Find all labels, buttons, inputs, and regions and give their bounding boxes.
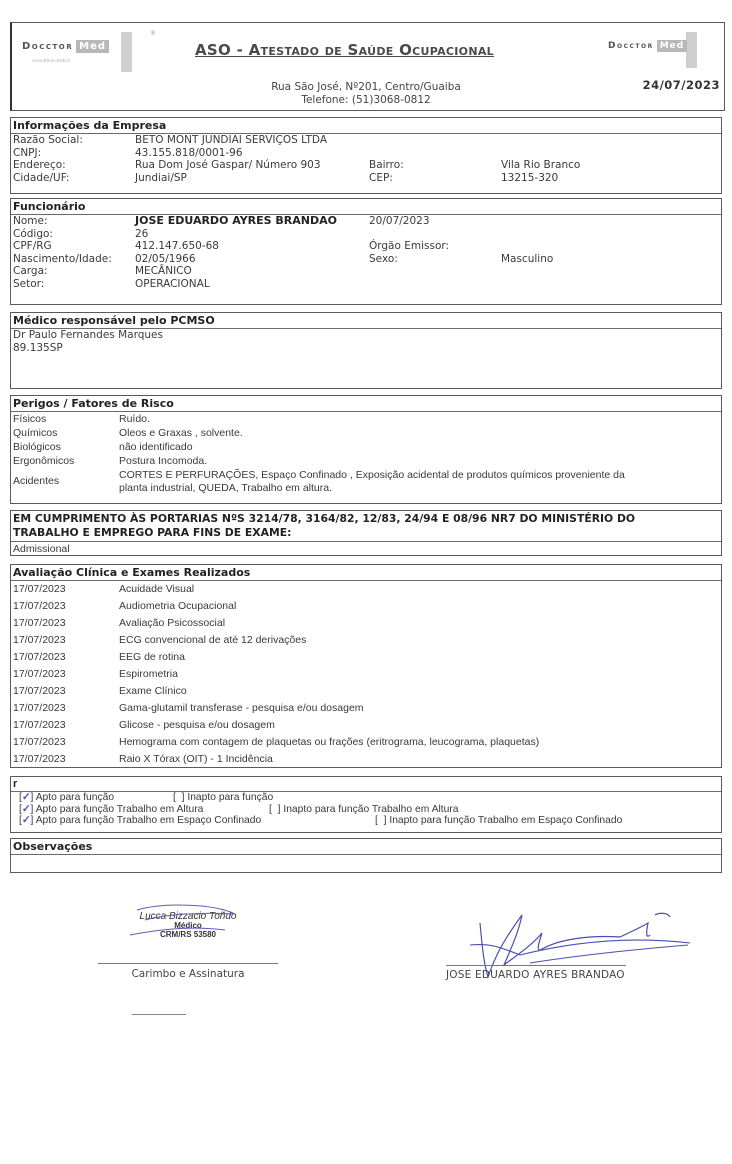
exam-date: 17/07/2023 — [13, 615, 66, 632]
section-heading: Observações — [11, 839, 721, 855]
field-label: Razão Social: — [13, 134, 83, 147]
risk-row: Acidentes CORTES E PERFURAÇÕES, Espaço C… — [11, 468, 721, 496]
logo-word-docctor: Docctor — [608, 41, 654, 51]
exam-row: 17/07/2023Acuidade Visual — [11, 581, 721, 598]
apto-label: Apto para função — [36, 792, 114, 803]
logo-word-med: Med — [657, 40, 688, 52]
exam-name: Espirometria — [119, 666, 178, 683]
employee-name-row: Nome: JOSE EDUARDO AYRES BRANDAO 20/07/2… — [11, 215, 721, 228]
exam-name: Audiometria Ocupacional — [119, 598, 236, 615]
logo-subtitle: consultório médico — [32, 58, 70, 63]
exam-row: 17/07/2023Glicose - pesquisa e/ou dosage… — [11, 717, 721, 734]
verdict-row: [✓] Apto para função Trabalho em Altura[… — [11, 804, 721, 816]
sector-row: Setor: OPERACIONAL — [11, 278, 721, 291]
observations-section: Observações — [10, 838, 722, 873]
risk-value: Postura Incomoda. — [119, 454, 207, 468]
logo-cross-icon — [686, 32, 697, 68]
field-label: CNPJ: — [13, 147, 41, 160]
risk-label: Químicos — [13, 426, 57, 440]
logo-word-med: Med — [76, 40, 109, 53]
risk-label: Ergonômicos — [13, 454, 74, 468]
registered-icon: ® — [150, 30, 156, 37]
field-label: Órgão Emissor: — [369, 240, 449, 253]
birth-row: Nascimento/Idade: 02/05/1966 Sexo: Mascu… — [11, 253, 721, 266]
apto-label: Apto para função Trabalho em Espaço Conf… — [36, 815, 262, 826]
exam-name: Acuidade Visual — [119, 581, 194, 598]
exam-name: Gama-glutamil transferase - pesquisa e/o… — [119, 700, 364, 717]
short-line — [132, 1014, 186, 1015]
exam-date: 17/07/2023 — [13, 751, 66, 768]
exam-name: Avaliação Psicossocial — [119, 615, 225, 632]
risk-value: CORTES E PERFURAÇÕES, Espaço Confinado ,… — [119, 469, 625, 482]
field-label: Bairro: — [369, 159, 404, 172]
risk-factors-section: Perigos / Fatores de Risco Físicos Ruído… — [10, 395, 722, 504]
checkmark-icon: ✓ — [22, 792, 31, 803]
heading-line: EM CUMPRIMENTO ÀS PORTARIAS NºS 3214/78,… — [13, 512, 721, 526]
checkmark-icon: ✓ — [22, 804, 31, 815]
document-date: 24/07/2023 — [643, 78, 720, 92]
city-row: Cidade/UF: Jundiai/SP CEP: 13215-320 — [11, 172, 721, 185]
field-label: Carga: — [13, 265, 48, 278]
exam-list: 17/07/2023Acuidade Visual17/07/2023Audio… — [11, 581, 721, 768]
exam-row: 17/07/2023Exame Clínico — [11, 683, 721, 700]
checkmark-icon: ✓ — [22, 815, 31, 826]
observations-text — [11, 855, 721, 868]
risk-label: Físicos — [13, 412, 46, 426]
exam-name: Exame Clínico — [119, 683, 187, 700]
exam-purpose-section: EM CUMPRIMENTO ÀS PORTARIAS NºS 3214/78,… — [10, 510, 722, 556]
employee-code-row: Código: 26 — [11, 228, 721, 241]
heading-line: TRABALHO E EMPREGO PARA FINS DE EXAME: — [13, 526, 721, 540]
exam-date: 17/07/2023 — [13, 649, 66, 666]
risk-row: Químicos Oleos e Graxas , solvente. — [11, 426, 721, 440]
exam-row: 17/07/2023EEG de rotina — [11, 649, 721, 666]
company-info-section: Informações da Empresa Razão Social: BET… — [10, 117, 722, 194]
exam-row: 17/07/2023Gama-glutamil transferase - pe… — [11, 700, 721, 717]
exam-date: 17/07/2023 — [13, 700, 66, 717]
exam-row: 17/07/2023Espirometria — [11, 666, 721, 683]
employee-signature-line — [446, 965, 626, 966]
field-label: Nome: — [13, 215, 48, 228]
exam-name: Hemograma com contagem de plaquetas ou f… — [119, 734, 539, 751]
physician-name: Dr Paulo Fernandes Marques — [11, 329, 721, 342]
risk-value: Ruído. — [119, 412, 150, 426]
exams-section: Avaliação Clínica e Exames Realizados 17… — [10, 564, 722, 768]
apto-label: Apto para função Trabalho em Altura — [36, 804, 204, 815]
physician-signature-line — [98, 963, 278, 964]
section-heading: EM CUMPRIMENTO ÀS PORTARIAS NºS 3214/78,… — [11, 511, 721, 542]
verdict-row: [✓] Apto para função Trabalho em Espaço … — [11, 815, 721, 827]
exam-name: EEG de rotina — [119, 649, 185, 666]
clinic-logo-left: Docctor Med consultório médico ® — [22, 40, 109, 53]
role-value: MECÂNICO — [135, 265, 192, 278]
verdict-row: [✓] Apto para função[ ] Inapto para funç… — [11, 792, 721, 804]
section-heading: Funcionário — [11, 199, 721, 215]
apto-checkbox[interactable]: [✓] — [19, 804, 33, 815]
exam-date: 17/07/2023 — [13, 717, 66, 734]
birth-date: 02/05/1966 — [135, 253, 196, 266]
field-label: Nascimento/Idade: — [13, 253, 112, 266]
clinic-phone: Telefone: (51)3068-0812 — [0, 94, 732, 106]
fitness-verdict-section: r [✓] Apto para função[ ] Inapto para fu… — [10, 776, 722, 833]
field-label: Sexo: — [369, 253, 398, 266]
clinic-address: Rua São José, Nº201, Centro/Guaiba — [0, 81, 732, 93]
inapto-checkbox[interactable]: [ ] — [375, 815, 386, 826]
exam-date: 17/07/2023 — [13, 632, 66, 649]
sector-value: OPERACIONAL — [135, 278, 210, 291]
verdict-list: [✓] Apto para função[ ] Inapto para funç… — [11, 792, 721, 827]
employee-name: JOSE EDUARDO AYRES BRANDAO — [135, 215, 337, 228]
inapto-label: Inapto para função Trabalho em Altura — [283, 804, 458, 815]
exam-name: Raio X Tórax (OIT) - 1 Incidência — [119, 751, 273, 768]
inapto-label: Inapto para função Trabalho em Espaço Co… — [389, 815, 622, 826]
risk-value: não identificado — [119, 440, 193, 454]
cpf-row: CPF/RG 412.147.650-68 Órgão Emissor: — [11, 240, 721, 253]
field-label: Endereço: — [13, 159, 66, 172]
inapto-label: Inapto para função — [187, 792, 273, 803]
physician-section: Médico responsável pelo PCMSO Dr Paulo F… — [10, 312, 722, 389]
section-heading: Médico responsável pelo PCMSO — [11, 313, 721, 329]
address-row: Endereço: Rua Dom José Gaspar/ Número 90… — [11, 159, 721, 172]
role-row: Carga: MECÂNICO — [11, 265, 721, 278]
cep-value: 13215-320 — [501, 172, 558, 185]
exam-row: 17/07/2023ECG convencional de até 12 der… — [11, 632, 721, 649]
field-label: CEP: — [369, 172, 393, 185]
risk-value-continued: planta industrial, QUEDA, Trabalho em al… — [119, 482, 332, 495]
exam-date: 17/07/2023 — [13, 683, 66, 700]
exam-type: Admissional — [11, 542, 721, 556]
logo-cross-icon — [121, 32, 132, 72]
section-heading: Perigos / Fatores de Risco — [11, 396, 721, 412]
employee-info-section: Funcionário Nome: JOSE EDUARDO AYRES BRA… — [10, 198, 722, 305]
exam-row: 17/07/2023Hemograma com contagem de plaq… — [11, 734, 721, 751]
section-heading: r — [11, 777, 721, 792]
exam-date: 17/07/2023 — [13, 734, 66, 751]
risk-value: Oleos e Graxas , solvente. — [119, 426, 243, 440]
inapto-checkbox[interactable]: [ ] — [173, 792, 184, 803]
exam-row: 17/07/2023Audiometria Ocupacional — [11, 598, 721, 615]
document-title: ASO - Atestado de Saúde Ocupacional — [195, 41, 494, 59]
logo-word-docctor: Docctor — [22, 41, 73, 52]
company-name: BETO MONT JUNDIAI SERVIÇOS LTDA — [135, 134, 327, 147]
cnpj-value: 43.155.818/0001-96 — [135, 147, 243, 160]
apto-checkbox[interactable]: [✓] — [19, 815, 33, 826]
field-label: Setor: — [13, 278, 44, 291]
sex-value: Masculino — [501, 253, 553, 266]
physician-signature-strokes — [125, 900, 255, 945]
exam-date: 17/07/2023 — [13, 598, 66, 615]
employee-signature-caption: JOSE EDUARDO AYRES BRANDAO — [446, 969, 646, 981]
risk-row: Ergonômicos Postura Incomoda. — [11, 454, 721, 468]
physician-signature-caption: Carimbo e Assinatura — [98, 968, 278, 980]
field-label: CPF/RG — [13, 240, 52, 253]
section-heading: Avaliação Clínica e Exames Realizados — [11, 565, 721, 581]
exam-name: ECG convencional de até 12 derivações — [119, 632, 306, 649]
field-label: Cidade/UF: — [13, 172, 69, 185]
apto-checkbox[interactable]: [✓] — [19, 792, 33, 803]
cnpj-row: CNPJ: 43.155.818/0001-96 — [11, 147, 721, 160]
physician-crm: 89.135SP — [11, 342, 721, 355]
risk-row: Físicos Ruído. — [11, 412, 721, 426]
risk-row: Biológicos não identificado — [11, 440, 721, 454]
employee-date: 20/07/2023 — [369, 215, 430, 228]
clinic-logo-right: Docctor Med — [608, 40, 687, 52]
bairro-value: Vila Rio Branco — [501, 159, 580, 172]
company-name-row: Razão Social: BETO MONT JUNDIAI SERVIÇOS… — [11, 134, 721, 147]
exam-row: 17/07/2023Avaliação Psicossocial — [11, 615, 721, 632]
city-value: Jundiai/SP — [135, 172, 187, 185]
risk-label: Acidentes — [13, 475, 59, 488]
exam-row: 17/07/2023Raio X Tórax (OIT) - 1 Incidên… — [11, 751, 721, 768]
inapto-checkbox[interactable]: [ ] — [269, 804, 280, 815]
risk-label: Biológicos — [13, 440, 61, 454]
section-heading: Informações da Empresa — [11, 118, 721, 134]
employee-code: 26 — [135, 228, 148, 241]
exam-date: 17/07/2023 — [13, 581, 66, 598]
field-label: Código: — [13, 228, 53, 241]
exam-date: 17/07/2023 — [13, 666, 66, 683]
exam-name: Glicose - pesquisa e/ou dosagem — [119, 717, 275, 734]
address-value: Rua Dom José Gaspar/ Número 903 — [135, 159, 321, 172]
cpf-value: 412.147.650-68 — [135, 240, 219, 253]
